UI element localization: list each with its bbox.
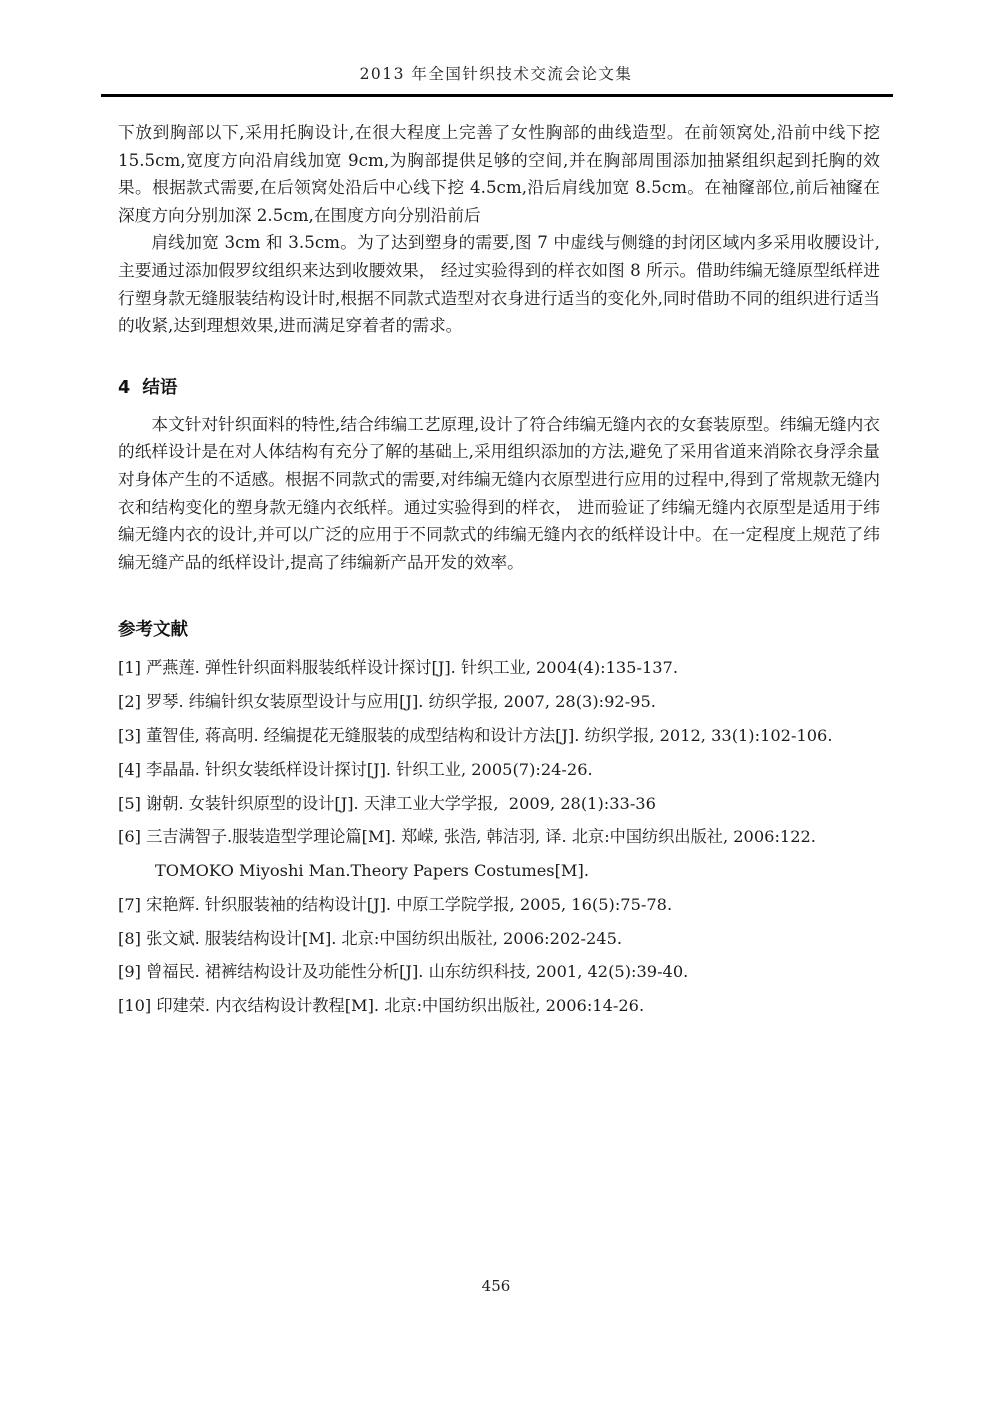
conclusion-paragraph: 本文针对针织面料的特性,结合纬编工艺原理,设计了符合纬编无缝内衣的女套装原型。纬… bbox=[118, 411, 880, 577]
reference-item-7: [7] 宋艳辉. 针织服装袖的结构设计[J]. 中原工学院学报, 2005, 1… bbox=[118, 895, 880, 915]
reference-item-6-continuation: TOMOKO Miyoshi Man.Theory Papers Costume… bbox=[118, 861, 880, 881]
reference-item-1: [1] 严燕莲. 弹性针织面料服装纸样设计探讨[J]. 针织工业, 2004(4… bbox=[118, 658, 880, 678]
reference-item-3: [3] 董智佳, 蒋高明. 经编提花无缝服装的成型结构和设计方法[J]. 纺织学… bbox=[118, 726, 880, 746]
page-header: 2013 年全国针织技术交流会论文集 bbox=[0, 0, 992, 97]
body-paragraph-1: 下放到胸部以下,采用托胸设计,在很大程度上完善了女性胸部的曲线造型。在前领窝处,… bbox=[118, 119, 880, 229]
header-title: 2013 年全国针织技术交流会论文集 bbox=[0, 0, 992, 84]
paper-page: 2013 年全国针织技术交流会论文集 下放到胸部以下,采用托胸设计,在很大程度上… bbox=[0, 0, 992, 1403]
page-number: 456 bbox=[0, 1277, 992, 1295]
reference-item-6: [6] 三吉满智子.服装造型学理论篇[M]. 郑嵘, 张浩, 韩洁羽, 译. 北… bbox=[118, 827, 880, 847]
page-content: 下放到胸部以下,采用托胸设计,在很大程度上完善了女性胸部的曲线造型。在前领窝处,… bbox=[0, 97, 992, 1016]
reference-item-4: [4] 李晶晶. 针织女装纸样设计探讨[J]. 针织工业, 2005(7):24… bbox=[118, 760, 880, 780]
section-heading-conclusion: 4 结语 bbox=[118, 374, 880, 399]
references-heading: 参考文献 bbox=[118, 616, 880, 641]
reference-item-9: [9] 曾福民. 裙裤结构设计及功能性分析[J]. 山东纺织科技, 2001, … bbox=[118, 962, 880, 982]
reference-item-10: [10] 印建荣. 内衣结构设计教程[M]. 北京:中国纺织出版社, 2006:… bbox=[118, 996, 880, 1016]
body-paragraph-2: 肩线加宽 3cm 和 3.5cm。为了达到塑身的需要,图 7 中虚线与侧缝的封闭… bbox=[118, 229, 880, 339]
references-list: [1] 严燕莲. 弹性针织面料服装纸样设计探讨[J]. 针织工业, 2004(4… bbox=[118, 658, 880, 1016]
reference-item-2: [2] 罗琴. 纬编针织女装原型设计与应用[J]. 纺织学报, 2007, 28… bbox=[118, 692, 880, 712]
reference-item-8: [8] 张文斌. 服装结构设计[M]. 北京:中国纺织出版社, 2006:202… bbox=[118, 929, 880, 949]
reference-item-5: [5] 谢朝. 女装针织原型的设计[J]. 天津工业大学学报, 2009, 28… bbox=[118, 794, 880, 814]
